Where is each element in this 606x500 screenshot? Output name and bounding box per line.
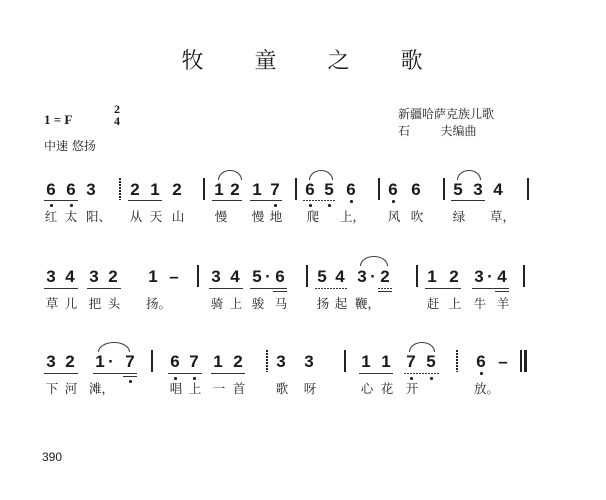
bar-line [295, 178, 297, 200]
bar-line [443, 178, 445, 200]
beat-underline [93, 373, 137, 374]
bar-line [119, 178, 121, 200]
lyric: 牛 [472, 297, 488, 311]
note: 4 [63, 268, 77, 286]
note: 7 [187, 353, 201, 371]
low-octave-dot [70, 204, 73, 207]
beat-underline [211, 373, 245, 374]
lyric: 下 [44, 382, 60, 396]
lyric: 把 [87, 297, 103, 311]
bar-line [266, 350, 268, 372]
beat-underline [44, 200, 78, 201]
lyric: 红 [43, 210, 59, 224]
note: 3 [471, 181, 485, 199]
lyric: 滩， [89, 382, 115, 396]
note: 2 [128, 181, 142, 199]
note: 4 [495, 268, 509, 286]
beat-underline [273, 291, 287, 292]
lyric: 唱 [168, 382, 184, 396]
lyric: 河 [63, 382, 79, 396]
beat-underline [404, 373, 440, 374]
lyric: 一 [211, 382, 227, 396]
note: 1 [211, 353, 225, 371]
lyric: 上， [340, 210, 364, 224]
note: 6 [386, 181, 400, 199]
low-octave-dot [328, 204, 331, 207]
lyric: 从 [128, 210, 144, 224]
bar-line [344, 350, 346, 372]
beat-underline [378, 291, 392, 292]
beat-underline [212, 200, 242, 201]
note: 2 [228, 181, 242, 199]
lyric: 呀 [302, 382, 318, 396]
bar-line [523, 265, 525, 287]
note: 2 [170, 181, 184, 199]
note: 5 [322, 181, 336, 199]
low-octave-dot [309, 204, 312, 207]
beat-underline [250, 200, 282, 201]
beat-underline [128, 200, 162, 201]
note: 1 [212, 181, 226, 199]
bar-line [151, 350, 153, 372]
slur [309, 170, 333, 180]
lyric: 阳、 [86, 210, 110, 224]
bar-line [527, 178, 529, 200]
note: – [167, 268, 181, 286]
lyric: 慢 [250, 210, 266, 224]
lyric: 爬 [305, 210, 321, 224]
slur [457, 170, 481, 180]
final-bar-line-thin [520, 350, 522, 372]
lyric: 扬 [315, 297, 331, 311]
beat-underline [425, 288, 461, 289]
note: 6 [273, 268, 287, 286]
note: 6 [474, 353, 488, 371]
low-octave-dot [193, 377, 196, 380]
note: 6 [344, 181, 358, 199]
beat-underline [87, 288, 121, 289]
note: 4 [333, 268, 347, 286]
lyric: 起 [333, 297, 349, 311]
beat-underline [168, 373, 202, 374]
low-octave-dot [480, 372, 483, 375]
note: 2 [106, 268, 120, 286]
note: 6 [44, 181, 58, 199]
note: 5 [315, 268, 329, 286]
bar-line [203, 178, 205, 200]
note: – [496, 353, 510, 371]
lyric: 地 [268, 210, 284, 224]
lyric: 慢 [213, 210, 229, 224]
lyric: 草 [44, 297, 60, 311]
beat-underline [123, 376, 137, 377]
low-octave-dot [430, 377, 433, 380]
note: 4 [491, 181, 505, 199]
beat-underline [250, 288, 287, 289]
origin-credit: 新疆哈萨克族儿歌 [398, 105, 494, 122]
lyric: 风 [386, 210, 402, 224]
beat-underline [44, 288, 78, 289]
note: 1 [359, 353, 373, 371]
note: 1 [379, 353, 393, 371]
note: 6 [303, 181, 317, 199]
lyric: 草， [490, 210, 514, 224]
lyric: 羊 [495, 297, 511, 311]
note: 1 [148, 181, 162, 199]
note: 3 [274, 353, 288, 371]
song-title: 牧 童 之 歌 [0, 44, 606, 75]
beat-underline [378, 288, 392, 289]
lyric: 山 [170, 210, 186, 224]
lyric: 绿 [451, 210, 467, 224]
tempo-marking: 中速 悠扬 [44, 137, 96, 154]
note: 3 [87, 268, 101, 286]
note: 5 [451, 181, 465, 199]
arranger-credit: 石 夫编曲 [398, 122, 477, 139]
note: 3 [209, 268, 223, 286]
lyric: 儿 [63, 297, 79, 311]
lyric: 天 [148, 210, 164, 224]
note: 6 [168, 353, 182, 371]
lyric: 骏 [250, 297, 266, 311]
lyric: 心 [359, 382, 375, 396]
low-octave-dot [274, 204, 277, 207]
time-signature-bottom: 4 [111, 115, 123, 127]
lyric: 放。 [474, 382, 500, 396]
low-octave-dot [50, 204, 53, 207]
beat-underline [359, 373, 393, 374]
lyric: 上 [447, 297, 463, 311]
lyric: 马 [273, 297, 289, 311]
lyric: 歌 [274, 382, 290, 396]
bar-line [456, 350, 458, 372]
note: 7 [123, 353, 137, 371]
low-octave-dot [174, 377, 177, 380]
note: 7 [404, 353, 418, 371]
beat-underline [209, 288, 243, 289]
note: 2 [231, 353, 245, 371]
low-octave-dot [392, 200, 395, 203]
lyric: 鞭， [355, 297, 379, 311]
low-octave-dot [410, 377, 413, 380]
slur [360, 256, 388, 266]
note: 2 [378, 268, 392, 286]
augmentation-dot: · [104, 353, 118, 371]
page-number: 390 [42, 450, 62, 464]
note: 7 [268, 181, 282, 199]
lyric: 上 [187, 382, 203, 396]
lyric: 赶 [425, 297, 441, 311]
note: 3 [44, 353, 58, 371]
beat-underline [472, 288, 509, 289]
low-octave-dot [129, 380, 132, 383]
lyric: 骑 [209, 297, 225, 311]
note: 2 [63, 353, 77, 371]
beat-underline [315, 288, 348, 289]
bar-line [378, 178, 380, 200]
note: 4 [228, 268, 242, 286]
lyric: 扬。 [146, 297, 172, 311]
lyric: 太 [63, 210, 79, 224]
note: 1 [146, 268, 160, 286]
beat-underline [303, 200, 336, 201]
beat-underline [495, 291, 509, 292]
note: 6 [64, 181, 78, 199]
time-signature: 2 4 [111, 103, 123, 127]
note: 2 [447, 268, 461, 286]
bar-line [416, 265, 418, 287]
lyric: 上 [228, 297, 244, 311]
note: 1 [425, 268, 439, 286]
note: 3 [84, 181, 98, 199]
key-signature: 1 = F [44, 112, 72, 128]
low-octave-dot [350, 200, 353, 203]
note: 3 [44, 268, 58, 286]
slur [409, 342, 435, 352]
lyric: 首 [231, 382, 247, 396]
note: 1 [250, 181, 264, 199]
beat-underline [44, 373, 78, 374]
beat-underline [451, 200, 485, 201]
lyric: 吹 [409, 210, 425, 224]
lyric: 开 [404, 382, 420, 396]
lyric: 头 [106, 297, 122, 311]
note: 6 [409, 181, 423, 199]
final-bar-line-thick [524, 350, 527, 372]
slur [218, 170, 242, 180]
bar-line [197, 265, 199, 287]
note: 3 [302, 353, 316, 371]
note: 5 [424, 353, 438, 371]
slur [98, 342, 130, 352]
lyric: 花 [379, 382, 395, 396]
bar-line [306, 265, 308, 287]
